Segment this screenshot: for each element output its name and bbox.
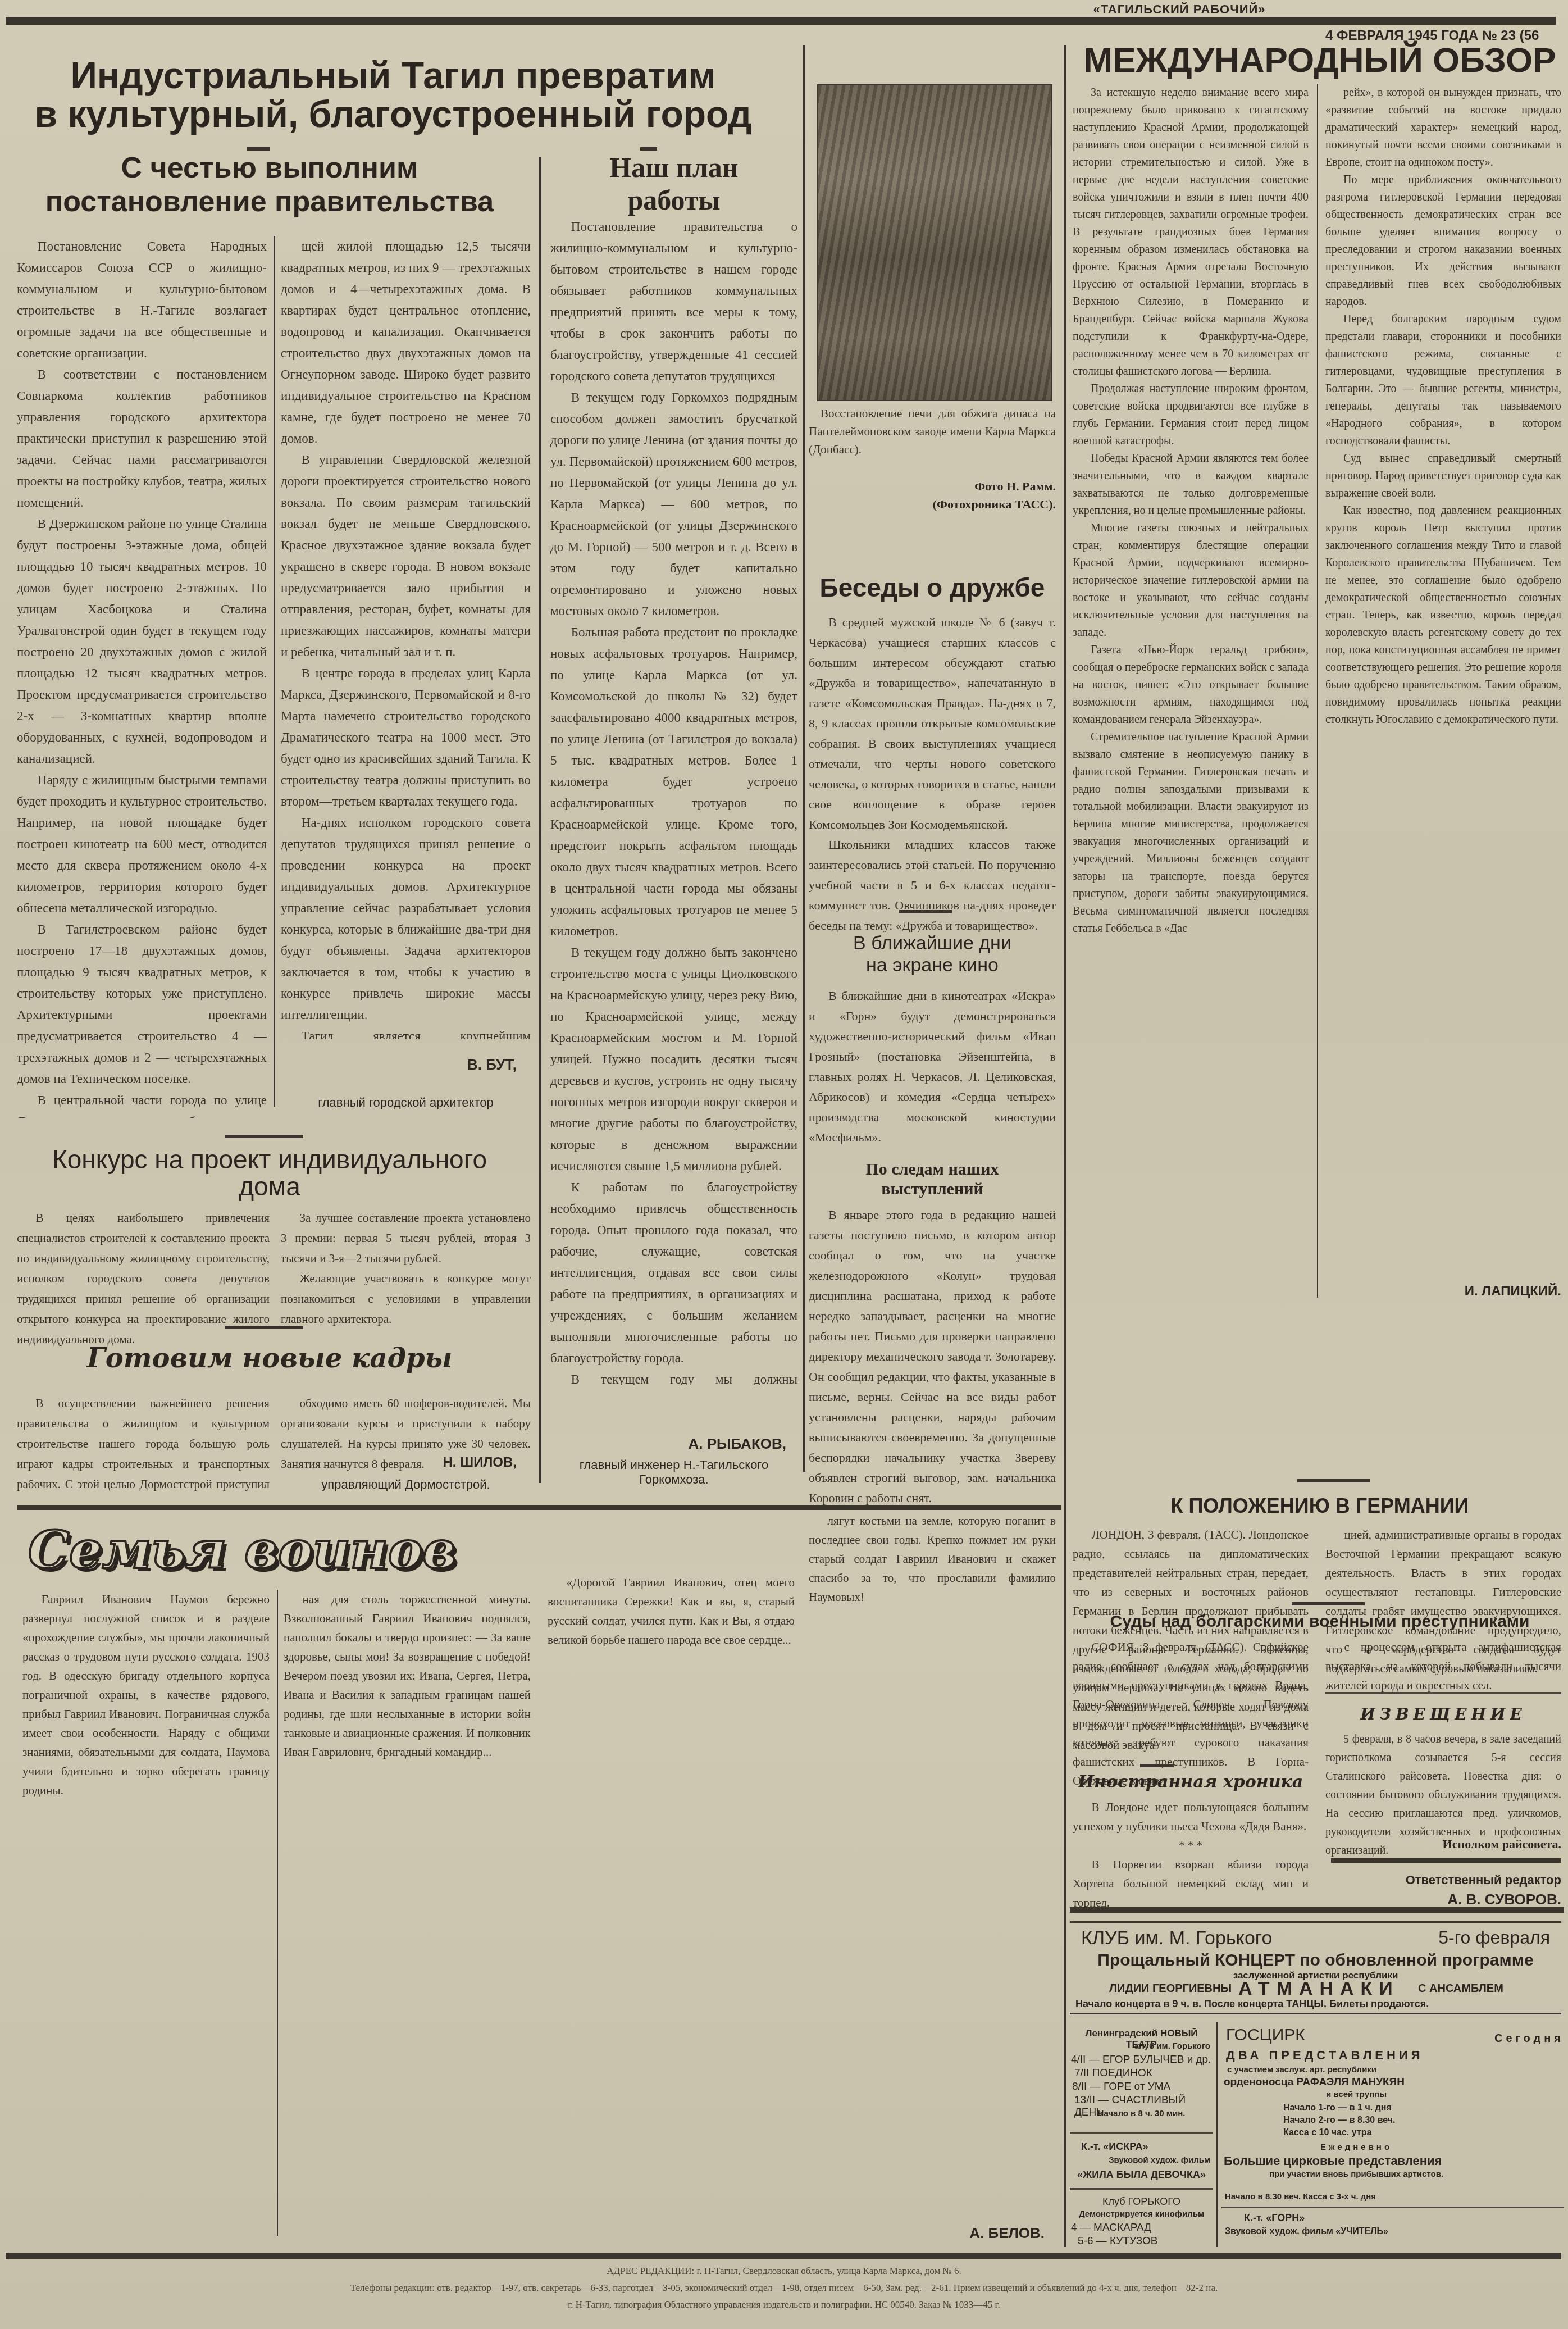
cadres-author: Н. ШИЛОВ, xyxy=(281,1455,517,1471)
cadres-author-role: управляющий Дормостстрой. xyxy=(281,1477,531,1492)
cadres-col1: В осуществлении важнейшего решения прави… xyxy=(17,1393,270,1494)
article-but-title-line1: С честью выполним xyxy=(17,152,522,185)
germany-title: К ПОЛОЖЕНИЮ В ГЕРМАНИИ xyxy=(1073,1494,1567,1517)
article-but-title-line2: постановление правительства xyxy=(17,185,522,219)
ad-gorky-club: Клуб ГОРЬКОГО Демонстрируется кинофильм … xyxy=(1070,2194,1213,2250)
column-divider xyxy=(1317,84,1318,1298)
foreign-title: Иностранная хроника xyxy=(1067,1772,1314,1792)
footer-rule xyxy=(6,2253,1561,2259)
divider xyxy=(899,910,952,913)
family-title: Семья воинов xyxy=(28,1520,522,1580)
editor-name: А. В. СУВОРОВ. xyxy=(1325,1890,1561,1909)
article-but-col1: Постановление Совета Народных Комиссаров… xyxy=(17,236,267,1118)
ad-club-line3c: С АНСАМБЛЕМ xyxy=(1418,1982,1503,1995)
ad-theater-venue: клуб им. Горького xyxy=(1135,2041,1210,2051)
article-plan-author: А. РЫБАКОВ, xyxy=(550,1435,786,1453)
divider xyxy=(640,147,657,151)
photo-credit: Фото Н. Рамм.(Фотохроника ТАСС). xyxy=(809,477,1056,513)
editor-block: Ответственный редактор А. В. СУВОРОВ. xyxy=(1325,1871,1561,1909)
divider xyxy=(225,1135,303,1138)
footer-print-info: г. Н-Тагил, типография Областного управл… xyxy=(0,2296,1568,2313)
contest-col2: За лучшее составление проекта установлен… xyxy=(281,1208,531,1329)
family-col3: «Дорогой Гавриил Иванович, отец моего во… xyxy=(548,1573,795,2236)
article-but-author-role: главный городской архитектор xyxy=(281,1095,531,1110)
article-plan-body: Постановление правительства о жилищно-ко… xyxy=(550,216,797,1385)
divider xyxy=(1221,2207,1564,2208)
footer-address: АДРЕС РЕДАКЦИИ: г. Н-Тагил, Свердловская… xyxy=(0,2263,1568,2280)
cinema-title: В ближайшие днина экране кино xyxy=(809,932,1056,976)
editor-label: Ответственный редактор xyxy=(1325,1871,1561,1890)
article-but-col2: щей жилой площадью 12,5 тысячи квадратны… xyxy=(281,236,531,1039)
followup-title: По следам нашихвыступлений xyxy=(809,1160,1056,1199)
ad-circus-title: ГОСЦИРК xyxy=(1226,2026,1305,2045)
divider xyxy=(1070,2188,1213,2190)
article-but-author: В. БУТ, xyxy=(281,1056,517,1073)
divider xyxy=(225,1326,303,1329)
paper-name: «ТАГИЛЬСКИЙ РАБОЧИЙ» xyxy=(1067,2,1292,17)
family-author: А. БЕЛОВ. xyxy=(809,2225,1045,2242)
bulgaria-col1: СОФИЯ, 3 февраля. (ТАСС). Софийское ради… xyxy=(1073,1637,1309,1790)
friendship-body: В средней мужской школе № 6 (завуч т. Че… xyxy=(809,612,1056,936)
intl-title: МЕЖДУНАРОДНЫЙ ОБЗОР xyxy=(1073,42,1567,79)
ad-iskra: К.-т. «ИСКРА» Звуковой худож. фильм «ЖИЛ… xyxy=(1070,2137,1213,2188)
family-col1: Гавриил Иванович Наумов бережно разверну… xyxy=(22,1590,270,2236)
footer-phones: Телефоны редакции: отв. редактор—1-97, о… xyxy=(0,2280,1568,2296)
factory-photo xyxy=(817,84,1052,401)
divider xyxy=(1297,1479,1370,1482)
column-divider xyxy=(274,236,275,1107)
newspaper-page: «ТАГИЛЬСКИЙ РАБОЧИЙ» 4 ФЕВРАЛЯ 1945 ГОДА… xyxy=(0,0,1568,2329)
friendship-title: Беседы о дружбе xyxy=(809,573,1056,603)
ad-club-line3a: ЛИДИИ ГЕОРГИЕВНЫ xyxy=(1109,1982,1232,1995)
divider xyxy=(1292,1602,1365,1605)
photo-caption: Восстановление печи для обжига динаса на… xyxy=(809,404,1056,458)
ad-gorn-line1: Звуковой худож. фильм «УЧИТЕЛЬ» xyxy=(1225,2227,1388,2237)
ad-club-name: КЛУБ им. М. Горького xyxy=(1081,1927,1272,1949)
intl-col1: За истекшую неделю внимание всего мира п… xyxy=(1073,84,1309,1298)
cinema-body: В ближайшие дни в кинотеатрах «Искра» и … xyxy=(809,986,1056,1148)
masthead-rule xyxy=(6,17,1556,25)
divider xyxy=(247,147,270,151)
divider xyxy=(1331,1858,1561,1863)
ad-club-performer: АТМАНАКИ xyxy=(1238,1978,1400,2000)
ad-club-date: 5-го февраля xyxy=(1438,1927,1550,1948)
family-col2: ная для столь торжественной минуты. Взво… xyxy=(284,1590,531,2236)
column-divider xyxy=(1064,45,1066,2247)
cadres-title: Готовим новые кадры xyxy=(17,1343,522,1374)
ad-club-line1: Прощальный КОНЦЕРТ по обновленной програ… xyxy=(1070,1951,1561,1970)
contest-title: Конкурс на проект индивидуального дома xyxy=(17,1146,522,1200)
column-divider xyxy=(277,1590,278,2236)
ads-rule xyxy=(1070,1907,1564,1913)
followup-body: В январе этого года в редакцию нашей газ… xyxy=(809,1205,1056,1508)
column-divider xyxy=(1216,2022,1218,2247)
notice-title: ИЗВЕЩЕНИЕ xyxy=(1325,1705,1561,1723)
intl-col2: рейх», в которой он вынужден признать, ч… xyxy=(1325,84,1561,1281)
notice-signature: Исполком райсовета. xyxy=(1325,1837,1561,1852)
article-plan-author-role: главный инженер Н.-Тагильского Горкомхоз… xyxy=(550,1458,797,1487)
divider xyxy=(1140,1764,1174,1767)
ad-theater: Ленинградский НОВЫЙ ТЕАТР клуб им. Горьк… xyxy=(1070,2022,1213,2123)
bulgaria-col2: с процессом открыта антифашистская выста… xyxy=(1325,1637,1561,1695)
lead-headline: Индустриальный Тагил превратим в культур… xyxy=(17,56,769,134)
foreign-body: В Лондоне идет пользующаяся большим успе… xyxy=(1073,1798,1309,1912)
footer: АДРЕС РЕДАКЦИИ: г. Н-Тагил, Свердловская… xyxy=(0,2263,1568,2313)
ad-circus: ГОСЦИРК Сегодня ДВА ПРЕДСТАВЛЕНИЯ с учас… xyxy=(1221,2022,1564,2247)
lead-headline-line1: Индустриальный Тагил превратим xyxy=(17,56,769,95)
divider xyxy=(1325,1692,1561,1694)
family-col4: лягут костьми на земле, которую поганит … xyxy=(809,1511,1056,1607)
bulgaria-title: Суды над болгарскими военными преступник… xyxy=(1073,1612,1567,1632)
ad-club-line4: Начало концерта в 9 ч. в. После концерта… xyxy=(1075,1998,1429,2010)
column-divider xyxy=(539,157,541,1483)
section-rule xyxy=(17,1505,1061,1510)
divider xyxy=(1070,2132,1213,2134)
article-plan-title: Наш план работы xyxy=(550,152,797,216)
column-divider xyxy=(803,45,805,1472)
ad-gorn-title: К.-т. «ГОРН» xyxy=(1244,2212,1305,2224)
lead-headline-line2: в культурный, благоустроенный город xyxy=(17,95,769,134)
article-but-title: С честью выполним постановление правител… xyxy=(17,152,522,219)
intl-author: И. ЛАПИЦКИЙ. xyxy=(1325,1284,1561,1299)
ad-club-gorky: КЛУБ им. М. Горького 5-го февраля Прощал… xyxy=(1070,1921,1561,2014)
